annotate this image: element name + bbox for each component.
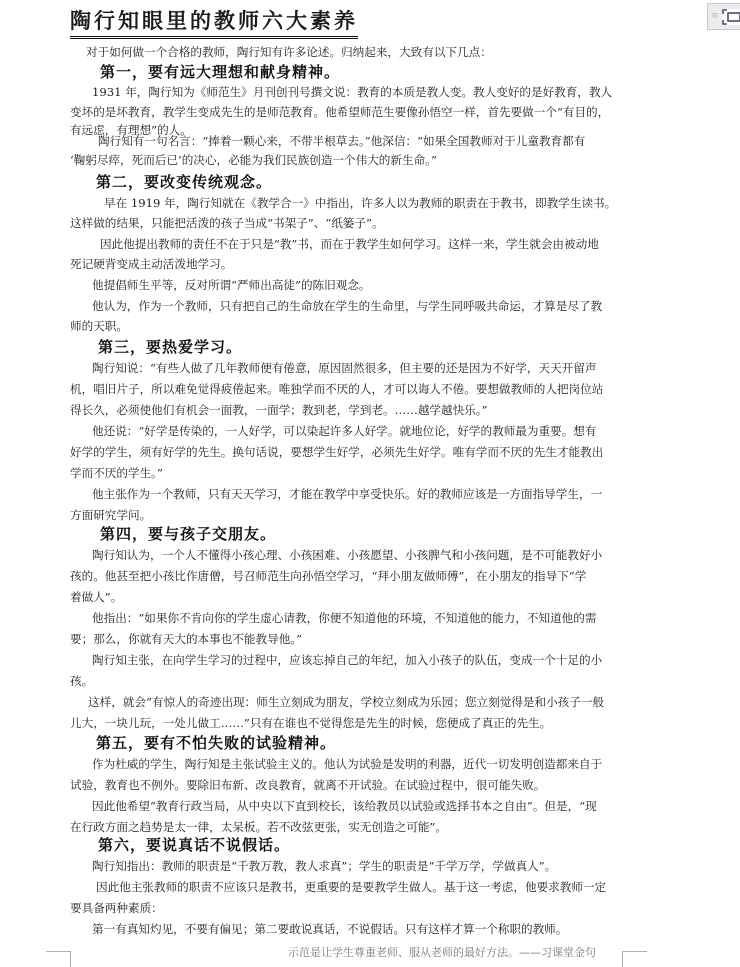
paragraph-line: 他还说：“好学是传染的，一人好学，可以染起许多人好学。就地位论，好学的教师最为重… — [92, 423, 596, 439]
page-footer-quote: 示范是让学生尊重老师、服从老师的最好方法。——习课堂金句 — [288, 944, 596, 960]
paragraph-line: 儿大，一块儿玩，一处儿做工……”只有在谁也不觉得您是先生的时候，您便成了真正的先… — [70, 715, 551, 731]
paragraph-line: 作为杜威的学生，陶行知是主张试验主义的。他认为试验是发明的利器，近代一切发明创造… — [92, 756, 602, 772]
paragraph-line: 这样，就会“有惊人的奇迹出现：师生立刻成为朋友，学校立刻成为乐园；您立刻觉得是和… — [88, 694, 604, 710]
paragraph-line: 陶行知指出：教师的职责是“千教万教，教人求真”；学生的职责是“千学万学，学做真人… — [92, 858, 556, 874]
section-4-heading: 第四，要与孩子交朋友。 — [100, 524, 276, 544]
grip-icon[interactable]: ≡ — [711, 12, 717, 21]
section-3-heading: 第三，要热爱学习。 — [98, 337, 242, 357]
paragraph-line: 因此他主张教师的职责不应该只是教书，更重要的是要教学生做人。基于这一考虑，他要求… — [96, 879, 606, 895]
paragraph-line: 变坏的是坏教育，教学生变成先生的是师范教育。他希望师范生要像孙悟空一样，首先要做… — [70, 104, 609, 120]
paragraph-line: 在行政方面之趋势是太一律，太呆板。若不改弦更张，实无创造之可能”。 — [70, 819, 447, 835]
paragraph-line: 这样做的结果，只能把活泼的孩子当成“书架子”、“纸篓子”。 — [70, 215, 384, 231]
paragraph-line: 要；那么，你就有天大的本事也不能教导他。” — [70, 631, 302, 647]
paragraph-line: 他主张作为一个教师，只有天天学习，才能在教学中享受快乐。好的教师应该是一方面指导… — [92, 486, 602, 502]
section-1-heading: 第一，要有远大理想和献身精神。 — [100, 62, 340, 82]
paragraph-line: 孩的。他甚至把小孩比作唐僧，号召师范生向孙悟空学习，“拜小朋友做师傅”，在小朋友… — [70, 568, 586, 584]
paragraph-line: 陶行知说：“有些人做了几年教师便有倦意，原因固然很多，但主要的还是因为不好学，天… — [92, 360, 596, 376]
paragraph-line: 试验，教育也不例外。要除旧布新、改良教育，就离不开试验。在试验过程中，很可能失败… — [70, 777, 545, 793]
corner-mark-right — [622, 951, 647, 967]
paragraph-line: 1931 年，陶行知为《师范生》月刊创刊号撰文说：教育的本质是教人变。教人变好的… — [92, 84, 612, 100]
paragraph-line: 他认为，作为一个教师，只有把自己的生命放在学生的生命里，与学生同呼吸共命运，才算… — [92, 298, 602, 314]
section-2-heading: 第二，要改变传统观念。 — [96, 172, 272, 192]
paragraph-line: 孩。 — [70, 673, 93, 689]
paragraph-line: 陶行知主张，在向学生学习的过程中，应该忘掉自己的年纪，加入小孩子的队伍，变成一个… — [92, 652, 602, 668]
paragraph-line: 第一有真知灼见，不要有偏见；第二要敢说真话，不说假话。只有这样才算一个称职的教师… — [92, 921, 567, 937]
paragraph-line: 死记硬背变成主动活泼地学习。 — [70, 256, 232, 272]
paragraph-line: 学而不厌的学生。” — [70, 465, 163, 481]
paragraph-line: 机，唱旧片子，所以难免觉得疲倦起来。唯独学而不厌的人，才可以诲人不倦。要想做教师… — [70, 381, 603, 397]
paragraph-line: 因此他希望“教育行政当局，从中央以下直到校长，该给教员以试验或选择书本之自由”。… — [92, 798, 597, 814]
paragraph-line: 得长久，必须使他们有机会一面教，一面学；教到老，学到老。……越学越快乐。” — [70, 402, 488, 418]
paragraph-line: 他指出：“如果你不肯向你的学生虚心请教，你便不知道他的环境，不知道他的能力，不知… — [92, 610, 596, 626]
paragraph-line: 好学的学生，须有好学的先生。换句话说，要想学生好学，必须先生好学。唯有学而不厌的… — [70, 444, 603, 460]
paragraph-line: ‘鞠躬尽瘁，死而后已’的决心，必能为我们民族创造一个伟大的新生命。” — [70, 152, 437, 168]
viewer-side-widget[interactable]: ≡ — [707, 3, 740, 30]
paragraph-line: 着做人”。 — [70, 589, 122, 605]
paragraph-line: 陶行知认为，一个人不懂得小孩心理、小孩困难、小孩愿望、小孩脾气和小孩问题，是不可… — [92, 547, 602, 563]
corner-mark-left — [46, 951, 71, 967]
paragraph-line: 早在 1919 年，陶行知就在《教学合一》中指出，许多人以为教师的职责在于教书，… — [104, 195, 616, 211]
document-page: 陶行知眼里的教师六大素养 对于如何做一个合格的教师，陶行知有许多论述。归纳起来，… — [0, 0, 740, 967]
document-title: 陶行知眼里的教师六大素养 — [70, 8, 358, 39]
paragraph-line: 因此他提出教师的责任不在于只是“教”书，而在于教学生如何学习。这样一来，学生就会… — [100, 236, 599, 252]
paragraph-line: 要具备两种素质： — [70, 900, 163, 916]
fullscreen-icon[interactable] — [722, 9, 740, 25]
section-6-heading: 第六，要说真话不说假话。 — [98, 835, 290, 855]
intro-paragraph: 对于如何做一个合格的教师，陶行知有许多论述。归纳起来，大致有以下几点： — [86, 44, 492, 60]
paragraph-line: 他提倡师生平等，反对所谓“严师出高徒”的陈旧观念。 — [92, 277, 371, 293]
paragraph-line: 师的天职。 — [70, 318, 128, 334]
paragraph-line: 陶行知有一句名言：“捧着一颗心来，不带半根草去。”他深信：“如果全国教师对于儿童… — [98, 133, 585, 149]
section-5-heading: 第五，要有不怕失败的试验精神。 — [96, 733, 336, 753]
paragraph-line: 方面研究学问。 — [70, 507, 151, 523]
